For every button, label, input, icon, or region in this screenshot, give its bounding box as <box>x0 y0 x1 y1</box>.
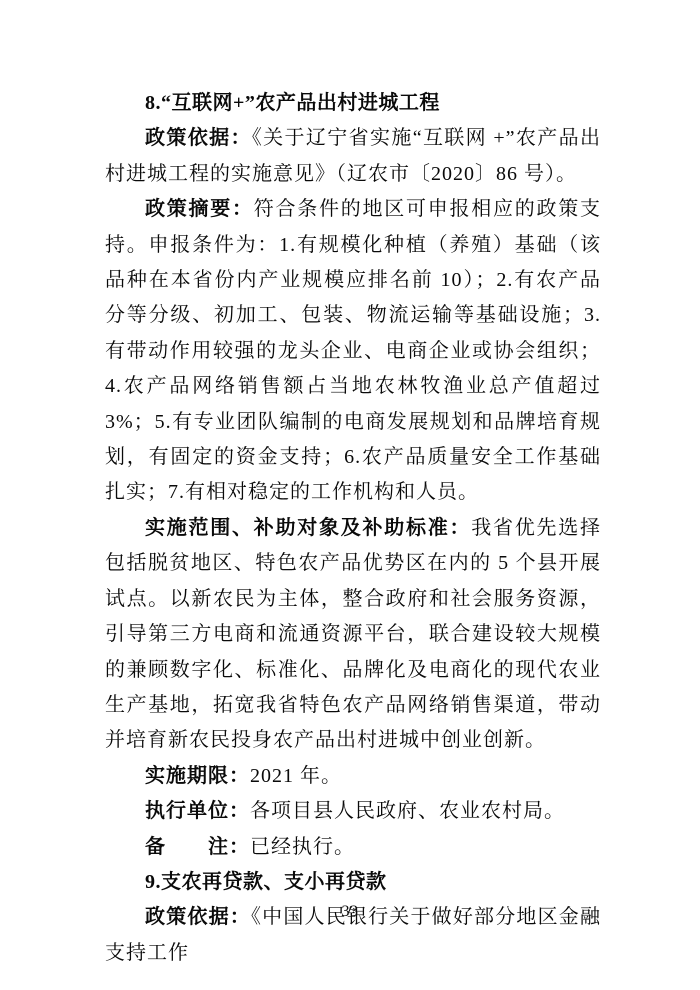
paragraph-label: 实施范围、补助对象及补助标准： <box>145 517 471 539</box>
paragraph-label: 备 注： <box>145 836 250 858</box>
section-heading-9: 9.支农再贷款、支小再贷款 <box>105 865 601 900</box>
paragraph-label: 政策摘要： <box>145 198 254 220</box>
paragraph-label: 执行单位： <box>145 800 250 822</box>
paragraph-label: 实施期限： <box>145 765 250 787</box>
paragraph-text: 各项目县人民政府、农业农村局。 <box>250 800 565 822</box>
paragraph-scope-subsidy: 实施范围、补助对象及补助标准：我省优先选择包括脱贫地区、特色农产品优势区在内的 … <box>105 511 601 759</box>
paragraph-policy-summary: 政策摘要：符合条件的地区可申报相应的政策支持。申报条件为：1.有规模化种植（养殖… <box>105 192 601 511</box>
section-heading-8: 8.“互联网+”农产品出村进城工程 <box>105 86 601 121</box>
paragraph-executing-unit: 执行单位：各项目县人民政府、农业农村局。 <box>105 794 601 829</box>
paragraph-text: 符合条件的地区可申报相应的政策支持。申报条件为：1.有规模化种植（养殖）基础（该… <box>105 198 601 503</box>
paragraph-remark: 备 注：已经执行。 <box>105 830 601 865</box>
document-body: 8.“互联网+”农产品出村进城工程 政策依据：《关于辽宁省实施“互联网 +”农产… <box>105 86 601 971</box>
paragraph-text: 2021 年。 <box>250 765 342 787</box>
paragraph-policy-basis-8: 政策依据：《关于辽宁省实施“互联网 +”农产品出村进城工程的实施意见》（辽农市〔… <box>105 121 601 192</box>
page-number: 33 <box>0 903 700 921</box>
paragraph-text: 我省优先选择包括脱贫地区、特色农产品优势区在内的 5 个县开展试点。以新农民为主… <box>105 517 601 751</box>
document-page: 8.“互联网+”农产品出村进城工程 政策依据：《关于辽宁省实施“互联网 +”农产… <box>0 0 700 990</box>
paragraph-implementation-period: 实施期限：2021 年。 <box>105 759 601 794</box>
paragraph-label: 政策依据： <box>145 127 252 149</box>
paragraph-text: 已经执行。 <box>250 836 355 858</box>
